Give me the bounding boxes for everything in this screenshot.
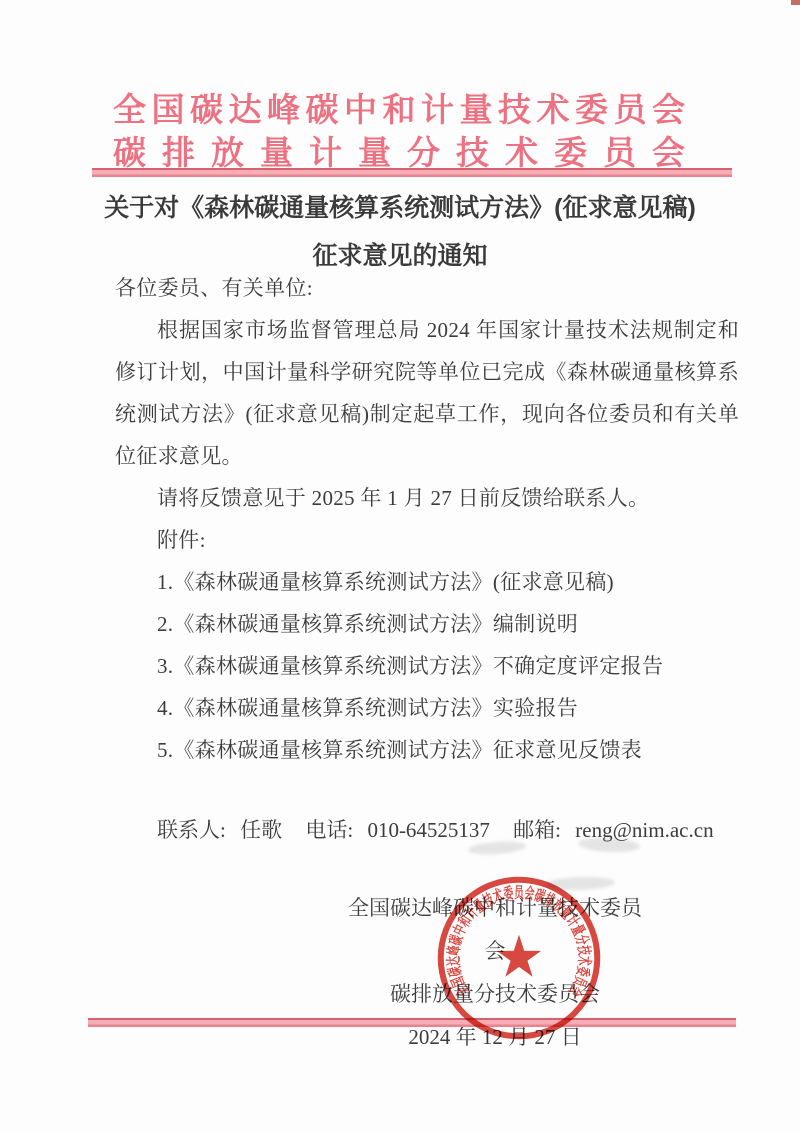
phone-label: 电话: <box>305 818 353 842</box>
phone-number: 010-64525137 <box>367 818 490 842</box>
letterhead-line-1: 全国碳达峰碳中和计量技术委员会 <box>113 88 685 131</box>
contact-label: 联系人: <box>157 818 226 842</box>
salutation: 各位委员、有关单位: <box>115 267 739 309</box>
contact-name: 任歌 <box>240 818 282 842</box>
letterhead: 全国碳达峰碳中和计量技术委员会 碳排放量计量分技术委员会 <box>113 88 685 174</box>
attachment-item: 4.《森林碳通量核算系统测试方法》实验报告 <box>115 687 739 729</box>
document-page: 全国碳达峰碳中和计量技术委员会 碳排放量计量分技术委员会 关于对《森林碳通量核算… <box>0 0 800 1131</box>
official-seal: 全国碳达峰碳中和计量技术委员会碳排放量计量分技术委员会 <box>433 872 605 1044</box>
email-label: 邮箱: <box>513 818 561 842</box>
attachment-item: 5.《森林碳通量核算系统测试方法》征求意见反馈表 <box>115 729 739 771</box>
attachments-label: 附件: <box>115 519 739 561</box>
attachment-item: 2.《森林碳通量核算系统测试方法》编制说明 <box>115 603 739 645</box>
star-icon <box>497 935 541 977</box>
footer-divider-rule <box>88 1018 736 1027</box>
attachment-item: 1.《森林碳通量核算系统测试方法》(征求意见稿) <box>115 561 739 603</box>
scan-artifact-corner <box>791 0 800 5</box>
attachment-item: 3.《森林碳通量核算系统测试方法》不确定度评定报告 <box>115 645 739 687</box>
title-line-1: 关于对《森林碳通量核算系统测试方法》(征求意见稿) <box>0 184 800 232</box>
document-title: 关于对《森林碳通量核算系统测试方法》(征求意见稿) 征求意见的通知 <box>0 184 800 280</box>
paragraph-2: 请将反馈意见于 2025 年 1 月 27 日前反馈给联系人。 <box>115 477 739 519</box>
header-divider-rule <box>92 168 732 177</box>
document-body: 各位委员、有关单位: 根据国家市场监督管理总局 2024 年国家计量技术法规制定… <box>115 267 739 771</box>
paragraph-1: 根据国家市场监督管理总局 2024 年国家计量技术法规制定和修订计划，中国计量科… <box>115 309 739 477</box>
